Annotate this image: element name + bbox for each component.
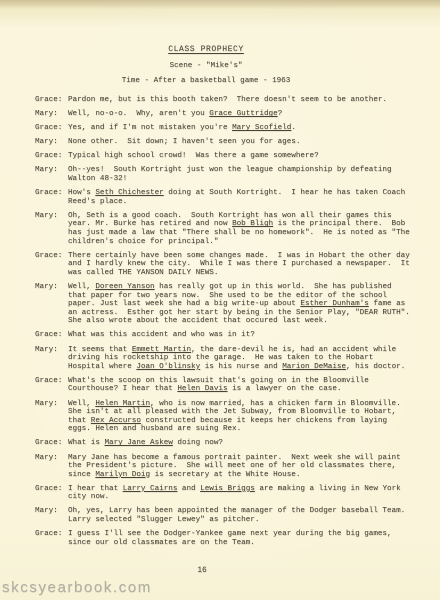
- speaker-label: Mary:: [35, 283, 68, 292]
- dialogue-text: Oh--yes! South Kortright just won the le…: [68, 166, 413, 183]
- speaker-label: Mary:: [35, 212, 68, 221]
- dialogue-turn: Mary:Well, Helen Martin, who is now marr…: [35, 400, 440, 434]
- dialogue-script: Grace:Pardon me, but is this booth taken…: [35, 96, 440, 547]
- dialogue-turn: Grace:What's the scoop on this lawsuit t…: [35, 377, 440, 394]
- speaker-label: Grace:: [35, 252, 68, 261]
- dialogue-text: Oh, yes, Larry has been appointed the ma…: [68, 507, 413, 524]
- dialogue-turn: Grace:How's Seth Chichester doing at Sou…: [35, 189, 440, 206]
- speaker-label: Grace:: [35, 485, 68, 494]
- dialogue-turn: Mary:Mary Jane has become a famous portr…: [35, 454, 440, 480]
- speaker-label: Grace:: [35, 377, 68, 386]
- speaker-label: Mary:: [35, 346, 68, 355]
- speaker-label: Mary:: [35, 110, 68, 119]
- page-header: CLASS PROPHECY Scene - "Mike's" Time - A…: [0, 0, 426, 85]
- dialogue-text: None other. Sit down; I haven't seen you…: [68, 138, 300, 147]
- dialogue-text: I hear that Larry Cairns and Lewis Brigg…: [68, 485, 413, 502]
- dialogue-text: Well, Doreen Yanson has really got up in…: [68, 283, 413, 326]
- dialogue-text: Oh, Seth is a good coach. South Kortrigh…: [68, 212, 413, 246]
- dialogue-text: Typical high school crowd! Was there a g…: [68, 152, 319, 161]
- dialogue-turn: Mary:Oh, Seth is a good coach. South Kor…: [35, 212, 440, 246]
- dialogue-turn: Mary:Well, Doreen Yanson has really got …: [35, 283, 440, 326]
- scene-line: Scene - "Mike's": [0, 62, 426, 70]
- speaker-label: Grace:: [35, 189, 68, 198]
- dialogue-text: How's Seth Chichester doing at South Kor…: [68, 189, 413, 206]
- time-line: Time - After a basketball game - 1963: [0, 77, 426, 85]
- dialogue-turn: Mary:Oh, yes, Larry has been appointed t…: [35, 507, 440, 524]
- speaker-label: Grace:: [35, 331, 68, 340]
- dialogue-turn: Grace:Typical high school crowd! Was the…: [35, 152, 440, 161]
- watermark-text: skcsyearbook.com: [2, 579, 152, 596]
- dialogue-turn: Grace:I guess I'll see the Dodger-Yankee…: [35, 530, 440, 547]
- page-title: CLASS PROPHECY: [0, 45, 426, 54]
- dialogue-turn: Grace:Yes, and if I'm not mistaken you'r…: [35, 124, 440, 133]
- dialogue-text: Mary Jane has become a famous portrait p…: [68, 454, 413, 480]
- yearbook-scanned-page: CLASS PROPHECY Scene - "Mike's" Time - A…: [0, 0, 440, 600]
- dialogue-turn: Mary:Oh--yes! South Kortright just won t…: [35, 166, 440, 183]
- speaker-label: Grace:: [35, 439, 68, 448]
- dialogue-turn: Grace:What is Mary Jane Askew doing now?: [35, 439, 440, 448]
- speaker-label: Mary:: [35, 166, 68, 175]
- speaker-label: Mary:: [35, 400, 68, 409]
- page-number: 16: [0, 567, 404, 575]
- dialogue-text: It seems that Emmett Martin, the dare-de…: [68, 346, 413, 372]
- dialogue-text: Well, no-o-o. Why, aren't you Grace Gutt…: [68, 110, 282, 119]
- dialogue-turn: Mary:None other. Sit down; I haven't see…: [35, 138, 440, 147]
- speaker-label: Mary:: [35, 138, 68, 147]
- speaker-label: Grace:: [35, 96, 68, 105]
- dialogue-text: Pardon me, but is this booth taken? Ther…: [68, 96, 387, 105]
- dialogue-turn: Mary:It seems that Emmett Martin, the da…: [35, 346, 440, 372]
- dialogue-turn: Grace:I hear that Larry Cairns and Lewis…: [35, 485, 440, 502]
- speaker-label: Grace:: [35, 152, 68, 161]
- dialogue-text: Well, Helen Martin, who is now married, …: [68, 400, 413, 434]
- dialogue-text: Yes, and if I'm not mistaken you're Mary…: [68, 124, 296, 133]
- dialogue-turn: Grace:There certainly have been some cha…: [35, 252, 440, 278]
- dialogue-text: What was this accident and who was in it…: [68, 331, 255, 340]
- dialogue-text: There certainly have been some changes m…: [68, 252, 413, 278]
- dialogue-turn: Grace:Pardon me, but is this booth taken…: [35, 96, 440, 105]
- speaker-label: Grace:: [35, 530, 68, 539]
- dialogue-text: What's the scoop on this lawsuit that's …: [68, 377, 413, 394]
- dialogue-turn: Grace:What was this accident and who was…: [35, 331, 440, 340]
- speaker-label: Mary:: [35, 507, 68, 516]
- dialogue-text: I guess I'll see the Dodger-Yankee game …: [68, 530, 413, 547]
- dialogue-turn: Mary:Well, no-o-o. Why, aren't you Grace…: [35, 110, 440, 119]
- dialogue-text: What is Mary Jane Askew doing now?: [68, 439, 223, 448]
- speaker-label: Grace:: [35, 124, 68, 133]
- speaker-label: Mary:: [35, 454, 68, 463]
